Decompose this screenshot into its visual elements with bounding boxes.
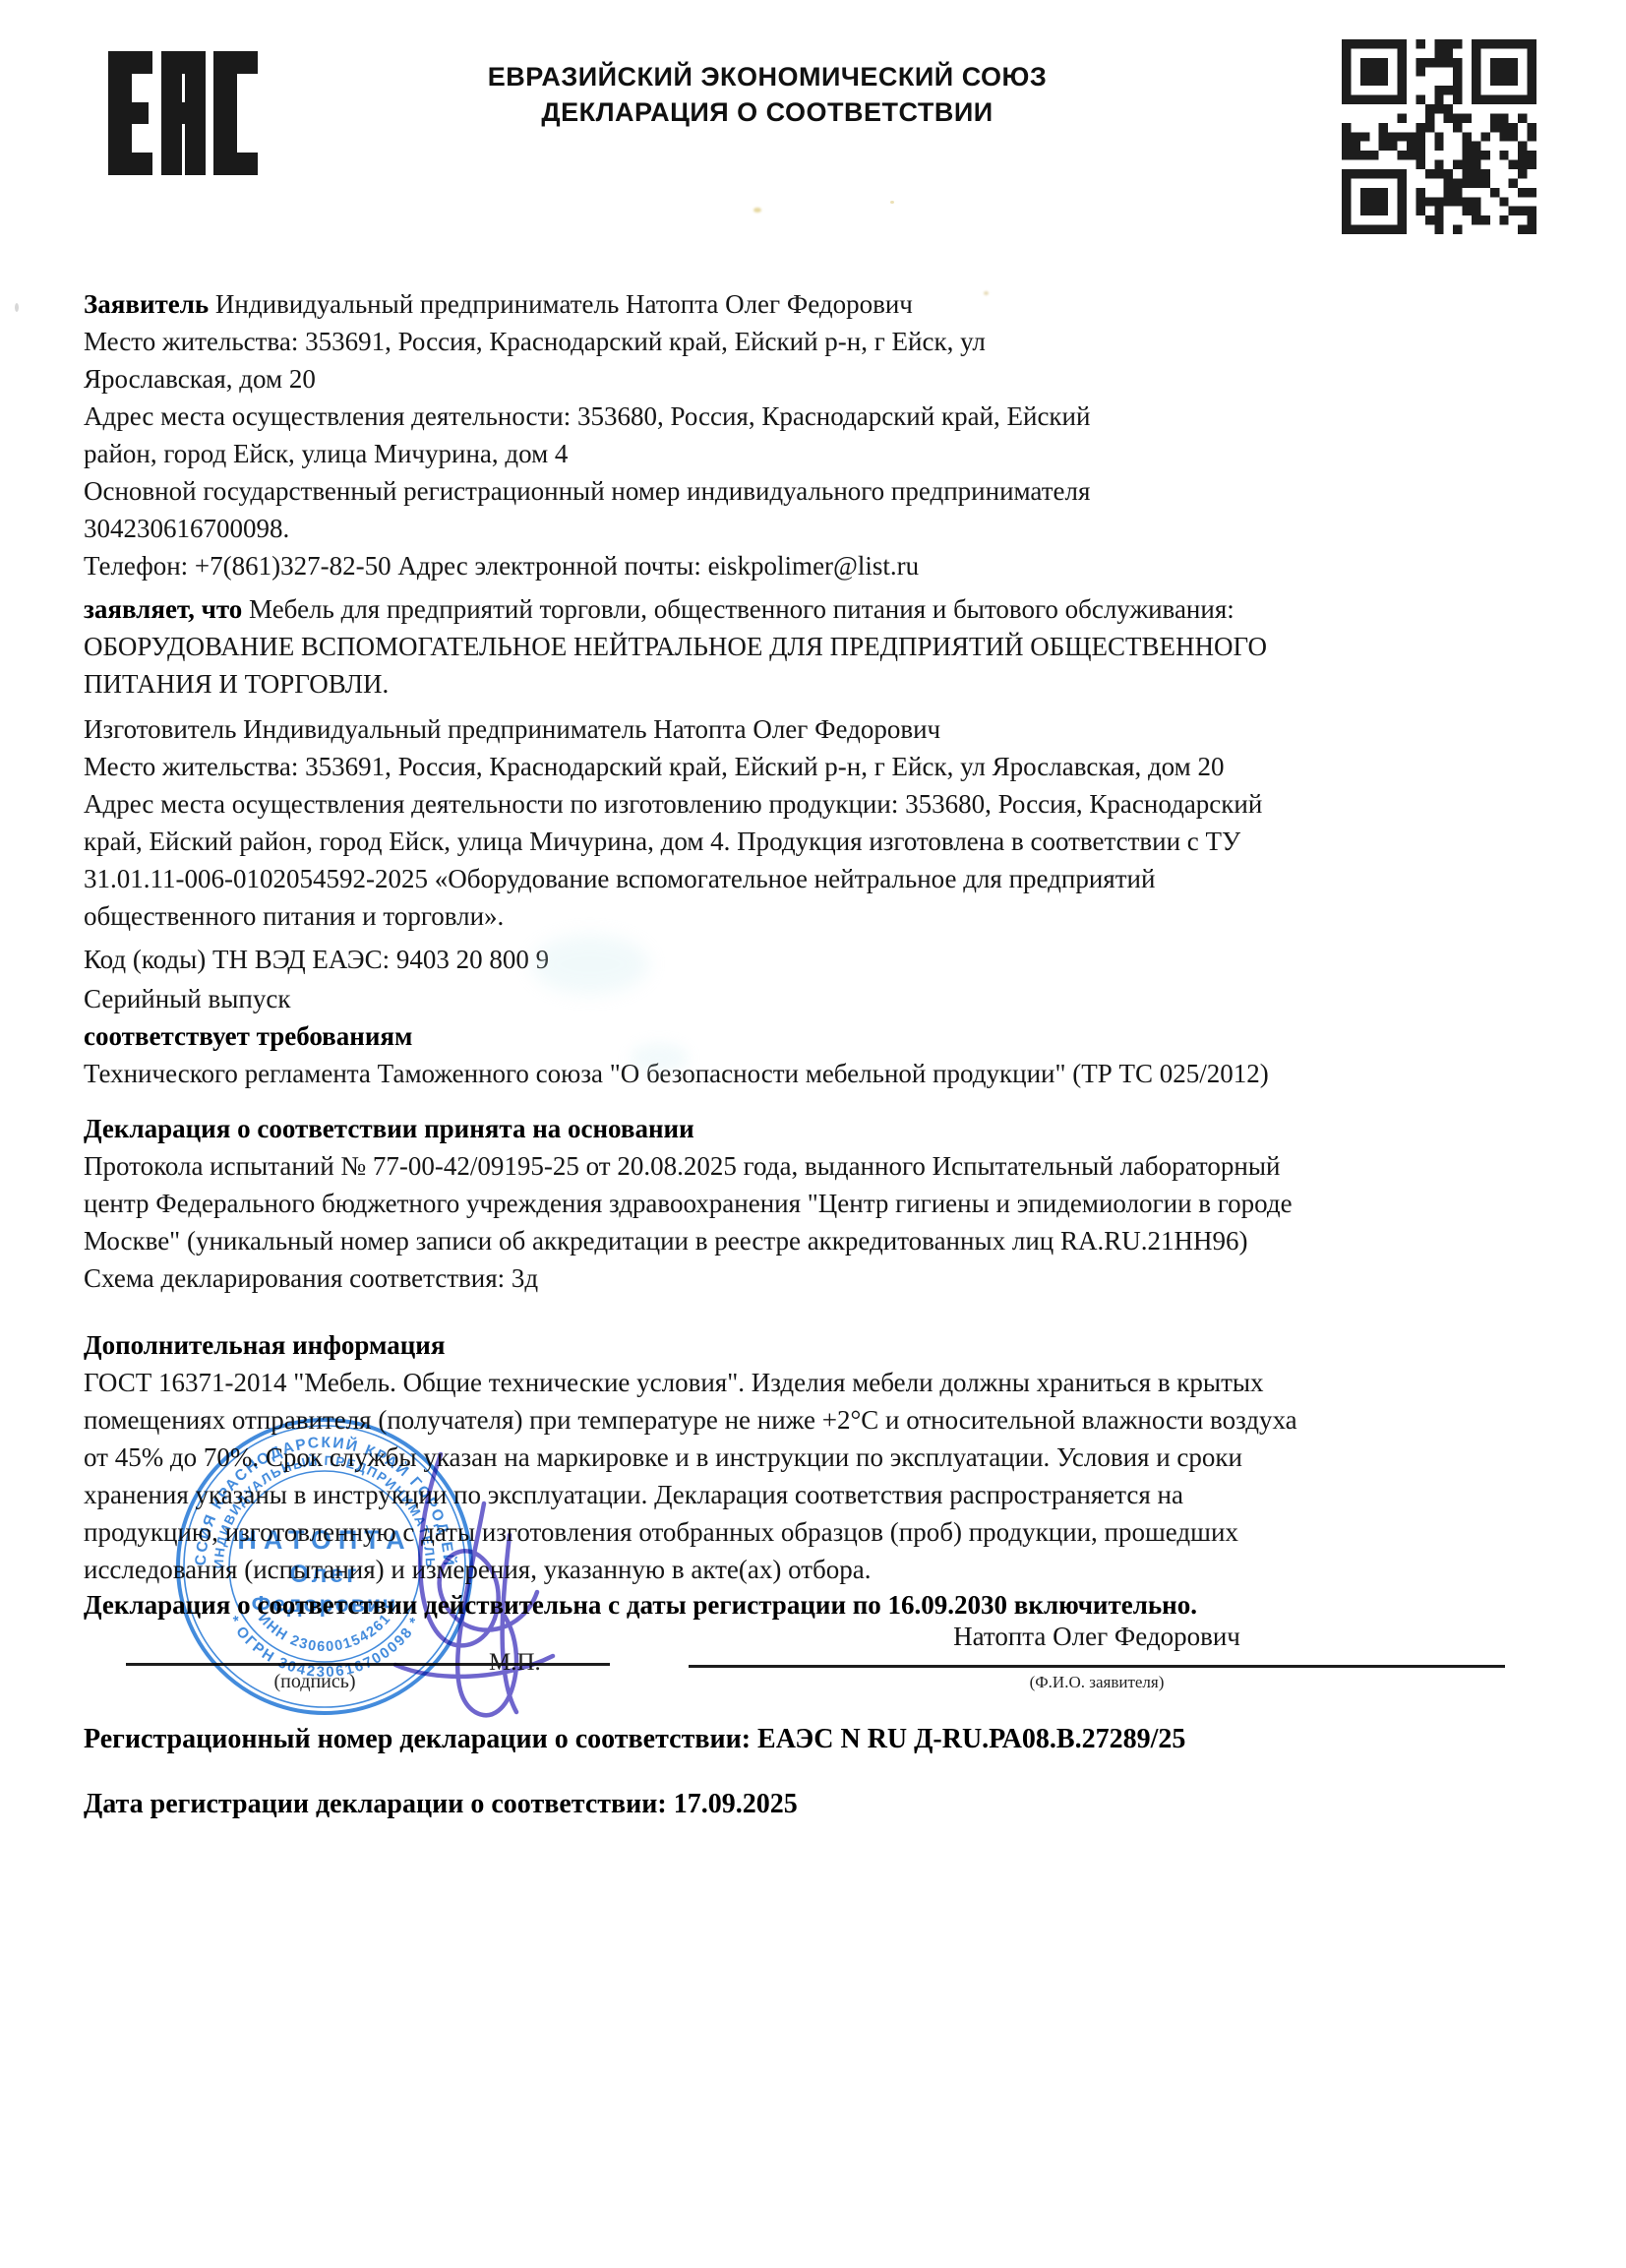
scan-speck xyxy=(15,303,19,312)
declares-section: заявляет, что Мебель для предприятий тор… xyxy=(84,590,1267,703)
tnved-code-line: Код (коды) ТН ВЭД ЕАЭС: 9403 20 800 9 xyxy=(84,941,549,978)
basis-line: Москве" (уникальный номер записи об аккр… xyxy=(84,1222,1293,1259)
applicant-line: Заявитель Индивидуальный предприниматель… xyxy=(84,285,1090,323)
qr-code xyxy=(1342,39,1536,234)
title-line-declaration: ДЕКЛАРАЦИЯ О СООТВЕТСТВИИ xyxy=(315,94,1220,130)
fio-line xyxy=(689,1665,1505,1668)
additional-heading: Дополнительная информация xyxy=(84,1326,1297,1364)
eac-logo xyxy=(108,51,258,175)
basis-line: центр Федерального бюджетного учреждения… xyxy=(84,1185,1293,1222)
applicant-line: Основной государственный регистрационный… xyxy=(84,472,1090,510)
serial-line: Серийный выпуск xyxy=(84,980,290,1017)
complies-section: соответствует требованиям Технического р… xyxy=(84,1017,1269,1092)
applicant-line: Телефон: +7(861)327-82-50 Адрес электрон… xyxy=(84,547,1090,584)
manufacturer-line: Адрес места осуществления деятельности п… xyxy=(84,785,1262,823)
document-title: ЕВРАЗИЙСКИЙ ЭКОНОМИЧЕСКИЙ СОЮЗ ДЕКЛАРАЦИ… xyxy=(315,59,1220,130)
declaration-document: ЕВРАЗИЙСКИЙ ЭКОНОМИЧЕСКИЙ СОЮЗ ДЕКЛАРАЦИ… xyxy=(0,0,1626,2268)
manufacturer-line: Изготовитель Индивидуальный предпринимат… xyxy=(84,710,1262,748)
manufacturer-line: 31.01.11-006-0102054592-2025 «Оборудован… xyxy=(84,860,1262,897)
applicant-line: Адрес места осуществления деятельности: … xyxy=(84,398,1090,435)
applicant-line: район, город Ейск, улица Мичурина, дом 4 xyxy=(84,435,1090,472)
applicant-line: Место жительства: 353691, Россия, Красно… xyxy=(84,323,1090,360)
applicant-line: Ярославская, дом 20 xyxy=(84,360,1090,398)
basis-section: Декларация о соответствии принята на осн… xyxy=(84,1110,1293,1297)
declares-line: ОБОРУДОВАНИЕ ВСПОМОГАТЕЛЬНОЕ НЕЙТРАЛЬНОЕ… xyxy=(84,628,1267,665)
basis-scheme-line: Схема декларирования соответствия: 3д xyxy=(84,1259,1293,1297)
handwritten-signature xyxy=(275,1417,630,1761)
declares-line: заявляет, что Мебель для предприятий тор… xyxy=(84,590,1267,628)
complies-line: Технического регламента Таможенного союз… xyxy=(84,1055,1269,1092)
applicant-label: Заявитель xyxy=(84,289,209,319)
applicant-section: Заявитель Индивидуальный предприниматель… xyxy=(84,285,1090,584)
basis-line: Протокола испытаний № 77-00-42/09195-25 … xyxy=(84,1147,1293,1185)
manufacturer-line: общественного питания и торговли». xyxy=(84,897,1262,935)
fio-caption: (Ф.И.О. заявителя) xyxy=(689,1673,1505,1692)
additional-line: ГОСТ 16371-2014 "Мебель. Общие техническ… xyxy=(84,1364,1297,1401)
scan-speck xyxy=(753,208,761,213)
manufacturer-section: Изготовитель Индивидуальный предпринимат… xyxy=(84,710,1262,935)
title-line-union: ЕВРАЗИЙСКИЙ ЭКОНОМИЧЕСКИЙ СОЮЗ xyxy=(315,59,1220,94)
manufacturer-line: Место жительства: 353691, Россия, Красно… xyxy=(84,748,1262,785)
complies-heading: соответствует требованиям xyxy=(84,1017,1269,1055)
declares-label: заявляет, что xyxy=(84,594,242,624)
applicant-fio: Натопта Олег Федорович xyxy=(689,1622,1505,1652)
scan-speck xyxy=(890,201,894,204)
applicant-line: 304230616700098. xyxy=(84,510,1090,547)
manufacturer-line: край, Ейский район, город Ейск, улица Ми… xyxy=(84,823,1262,860)
declares-line: ПИТАНИЯ И ТОРГОВЛИ. xyxy=(84,665,1267,703)
basis-heading: Декларация о соответствии принята на осн… xyxy=(84,1110,1293,1147)
registration-date-line: Дата регистрации декларации о соответств… xyxy=(84,1789,798,1820)
